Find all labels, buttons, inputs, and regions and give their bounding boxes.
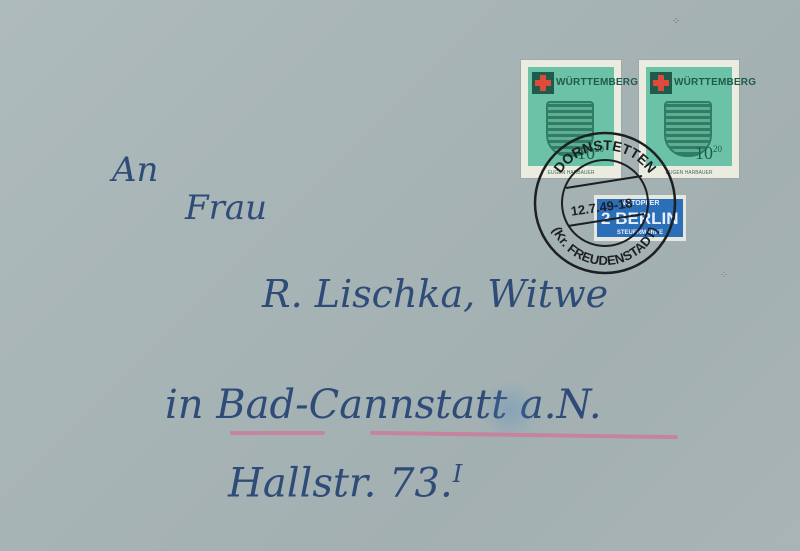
address-line-name: R. Lischka, Witwe <box>262 272 608 316</box>
svg-text:12.7.49-18: 12.7.49-18 <box>570 195 634 219</box>
stamp-value: 1020 <box>695 143 722 164</box>
address-line-street: Hallstr. 73.I <box>228 460 462 506</box>
pencil-mark: ⁘ <box>672 16 700 46</box>
address-line-title: Frau <box>185 188 267 228</box>
red-cross-icon <box>532 72 554 94</box>
stamp-country: WÜRTTEMBERG <box>556 77 638 88</box>
red-underline <box>230 431 325 435</box>
stamp-country: WÜRTTEMBERG <box>674 77 756 88</box>
envelope: ⁘ ⁘ WÜRTTEMBERG 1020 EUGEN HARBAUER WÜRT… <box>0 0 800 551</box>
svg-text:DORNSTETTEN: DORNSTETTEN <box>550 137 660 176</box>
address-line-salutation: An <box>112 150 158 190</box>
red-underline <box>370 431 678 439</box>
pencil-mark: ⁘ <box>720 270 760 300</box>
postmark-icon: DORNSTETTEN (Kr. FREUDENSTADT) 12.7.49-1… <box>530 128 680 278</box>
red-cross-icon <box>650 72 672 94</box>
ink-smudge <box>480 380 540 440</box>
